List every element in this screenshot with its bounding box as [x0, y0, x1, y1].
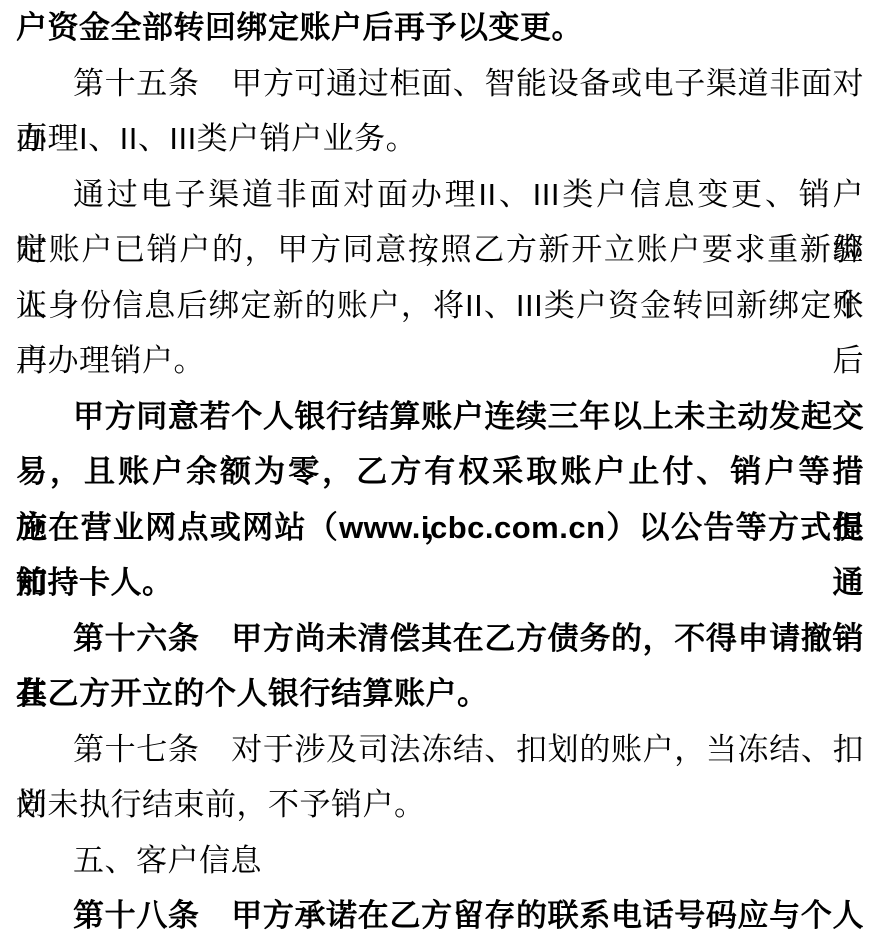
text-line: 应在营业网点或网站（www.icbc.com.cn）以公告等方式提前通: [16, 500, 864, 556]
text-line: 通过电子渠道非面对面办理II、III类户信息变更、销户时，绑: [16, 167, 864, 223]
document-body: 户资金全部转回绑定账户后再予以变更。第十五条 甲方可通过柜面、智能设备或电子渠道…: [16, 0, 864, 944]
text-line: 定账户已销户的，甲方同意按照乙方新开立账户要求重新验证个: [16, 222, 864, 278]
text-line: 人身份信息后绑定新的账户，将II、III类户资金转回新绑定账户后: [16, 278, 864, 334]
text-line: 户资金全部转回绑定账户后再予以变更。: [16, 0, 864, 56]
text-line: 尚未执行结束前，不予销户。: [16, 777, 864, 833]
text-line: 在乙方开立的个人银行结算账户。: [16, 666, 864, 722]
text-line: 办理I、II、III类户销户业务。: [16, 111, 864, 167]
text-line: 第十八条 甲方承诺在乙方留存的联系电话号码应与个人身: [16, 888, 864, 944]
text-line: 第十七条 对于涉及司法冻结、扣划的账户，当冻结、扣划: [16, 722, 864, 778]
text-line: 第十六条 甲方尚未清偿其在乙方债务的，不得申请撤销其: [16, 611, 864, 667]
text-line: 第十五条 甲方可通过柜面、智能设备或电子渠道非面对面: [16, 56, 864, 112]
text-line: 易，且账户余额为零，乙方有权采取账户止付、销户等措施，但: [16, 444, 864, 500]
text-line: 甲方同意若个人银行结算账户连续三年以上未主动发起交: [16, 389, 864, 445]
document-page: 户资金全部转回绑定账户后再予以变更。第十五条 甲方可通过柜面、智能设备或电子渠道…: [0, 0, 880, 944]
text-line: 五、客户信息: [16, 833, 864, 889]
